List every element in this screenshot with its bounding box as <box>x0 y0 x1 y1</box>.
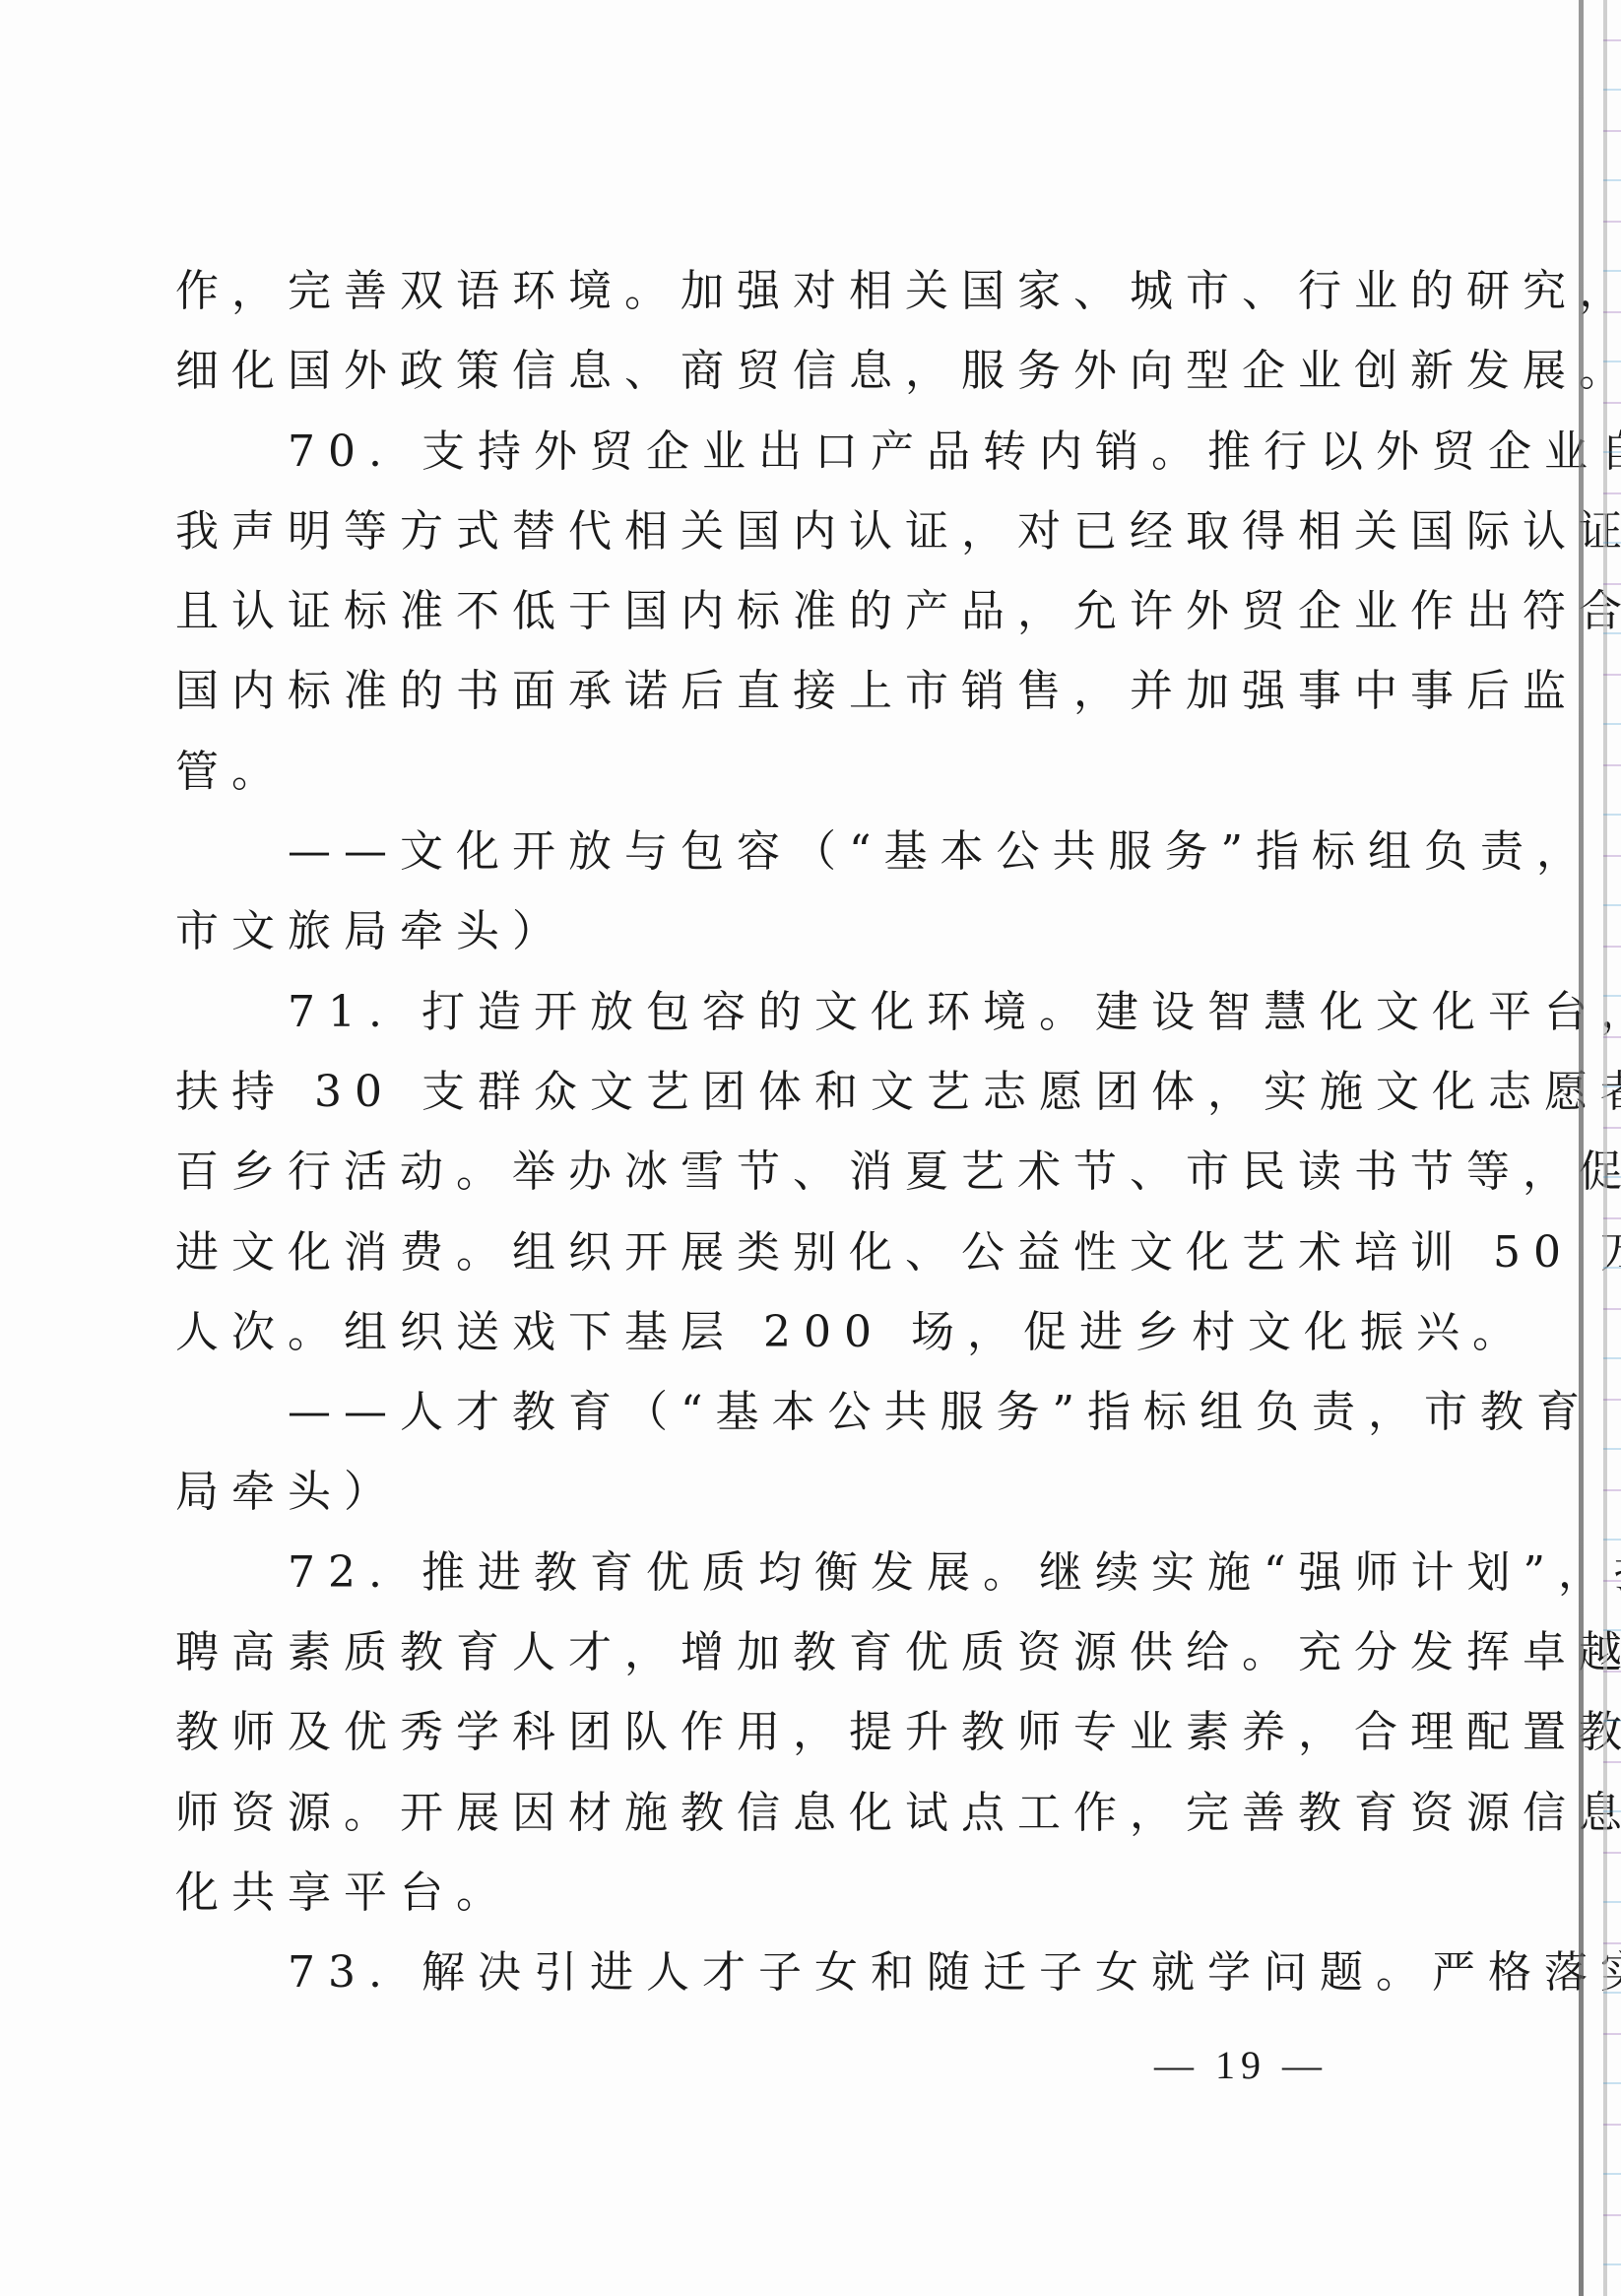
text-line: 市文旅局牵头） <box>175 891 1379 971</box>
text-line: 进文化消费。组织开展类别化、公益性文化艺术培训 50 万 <box>175 1213 1379 1292</box>
text-line: 聘高素质教育人才，增加教育优质资源供给。充分发挥卓越 <box>175 1612 1379 1692</box>
text-line: 国内标准的书面承诺后直接上市销售，并加强事中事后监 <box>175 651 1379 731</box>
text-line: 教师及优秀学科团队作用，提升教师专业素养，合理配置教 <box>175 1692 1379 1772</box>
text-line: 且认证标准不低于国内标准的产品，允许外贸企业作出符合 <box>175 571 1379 651</box>
paragraph-73-heading: 73. 解决引进人才子女和随迁子女就学问题。严格落实 <box>175 1933 1379 2012</box>
text-line: 师资源。开展因材施教信息化试点工作，完善教育资源信息 <box>175 1773 1379 1853</box>
text-line: 百乡行活动。举办冰雪节、消夏艺术节、市民读书节等，促 <box>175 1132 1379 1212</box>
paragraph-71-heading: 71. 打造开放包容的文化环境。建设智慧化文化平台， <box>175 972 1379 1052</box>
section-heading-culture: ——文化开放与包容（“基本公共服务”指标组负责， <box>175 812 1379 891</box>
text-line: 管。 <box>175 732 1379 812</box>
text-line: 人次。组织送戏下基层 200 场，促进乡村文化振兴。 <box>175 1292 1379 1372</box>
body-text: 作，完善双语环境。加强对相关国家、城市、行业的研究， 细化国外政策信息、商贸信息… <box>175 251 1379 2013</box>
text-line: 局牵头） <box>175 1452 1379 1532</box>
scan-artifact-marks <box>1603 0 1621 2296</box>
text-line: 化共享平台。 <box>175 1853 1379 1933</box>
paragraph-72-heading: 72. 推进教育优质均衡发展。继续实施“强师计划”，招 <box>175 1533 1379 1612</box>
text-line: 作，完善双语环境。加强对相关国家、城市、行业的研究， <box>175 251 1379 331</box>
paragraph-70-heading: 70. 支持外贸企业出口产品转内销。推行以外贸企业自 <box>175 412 1379 492</box>
scan-edge-line <box>1579 0 1584 2296</box>
page-number: — 19 — <box>1152 2042 1329 2088</box>
text-line: 扶持 30 支群众文艺团体和文艺志愿团体，实施文化志愿者 <box>175 1052 1379 1132</box>
text-line: 细化国外政策信息、商贸信息，服务外向型企业创新发展。 <box>175 331 1379 411</box>
document-page: 作，完善双语环境。加强对相关国家、城市、行业的研究， 细化国外政策信息、商贸信息… <box>0 0 1621 2296</box>
section-heading-education: ——人才教育（“基本公共服务”指标组负责，市教育 <box>175 1372 1379 1452</box>
text-line: 我声明等方式替代相关国内认证，对已经取得相关国际认证 <box>175 492 1379 571</box>
